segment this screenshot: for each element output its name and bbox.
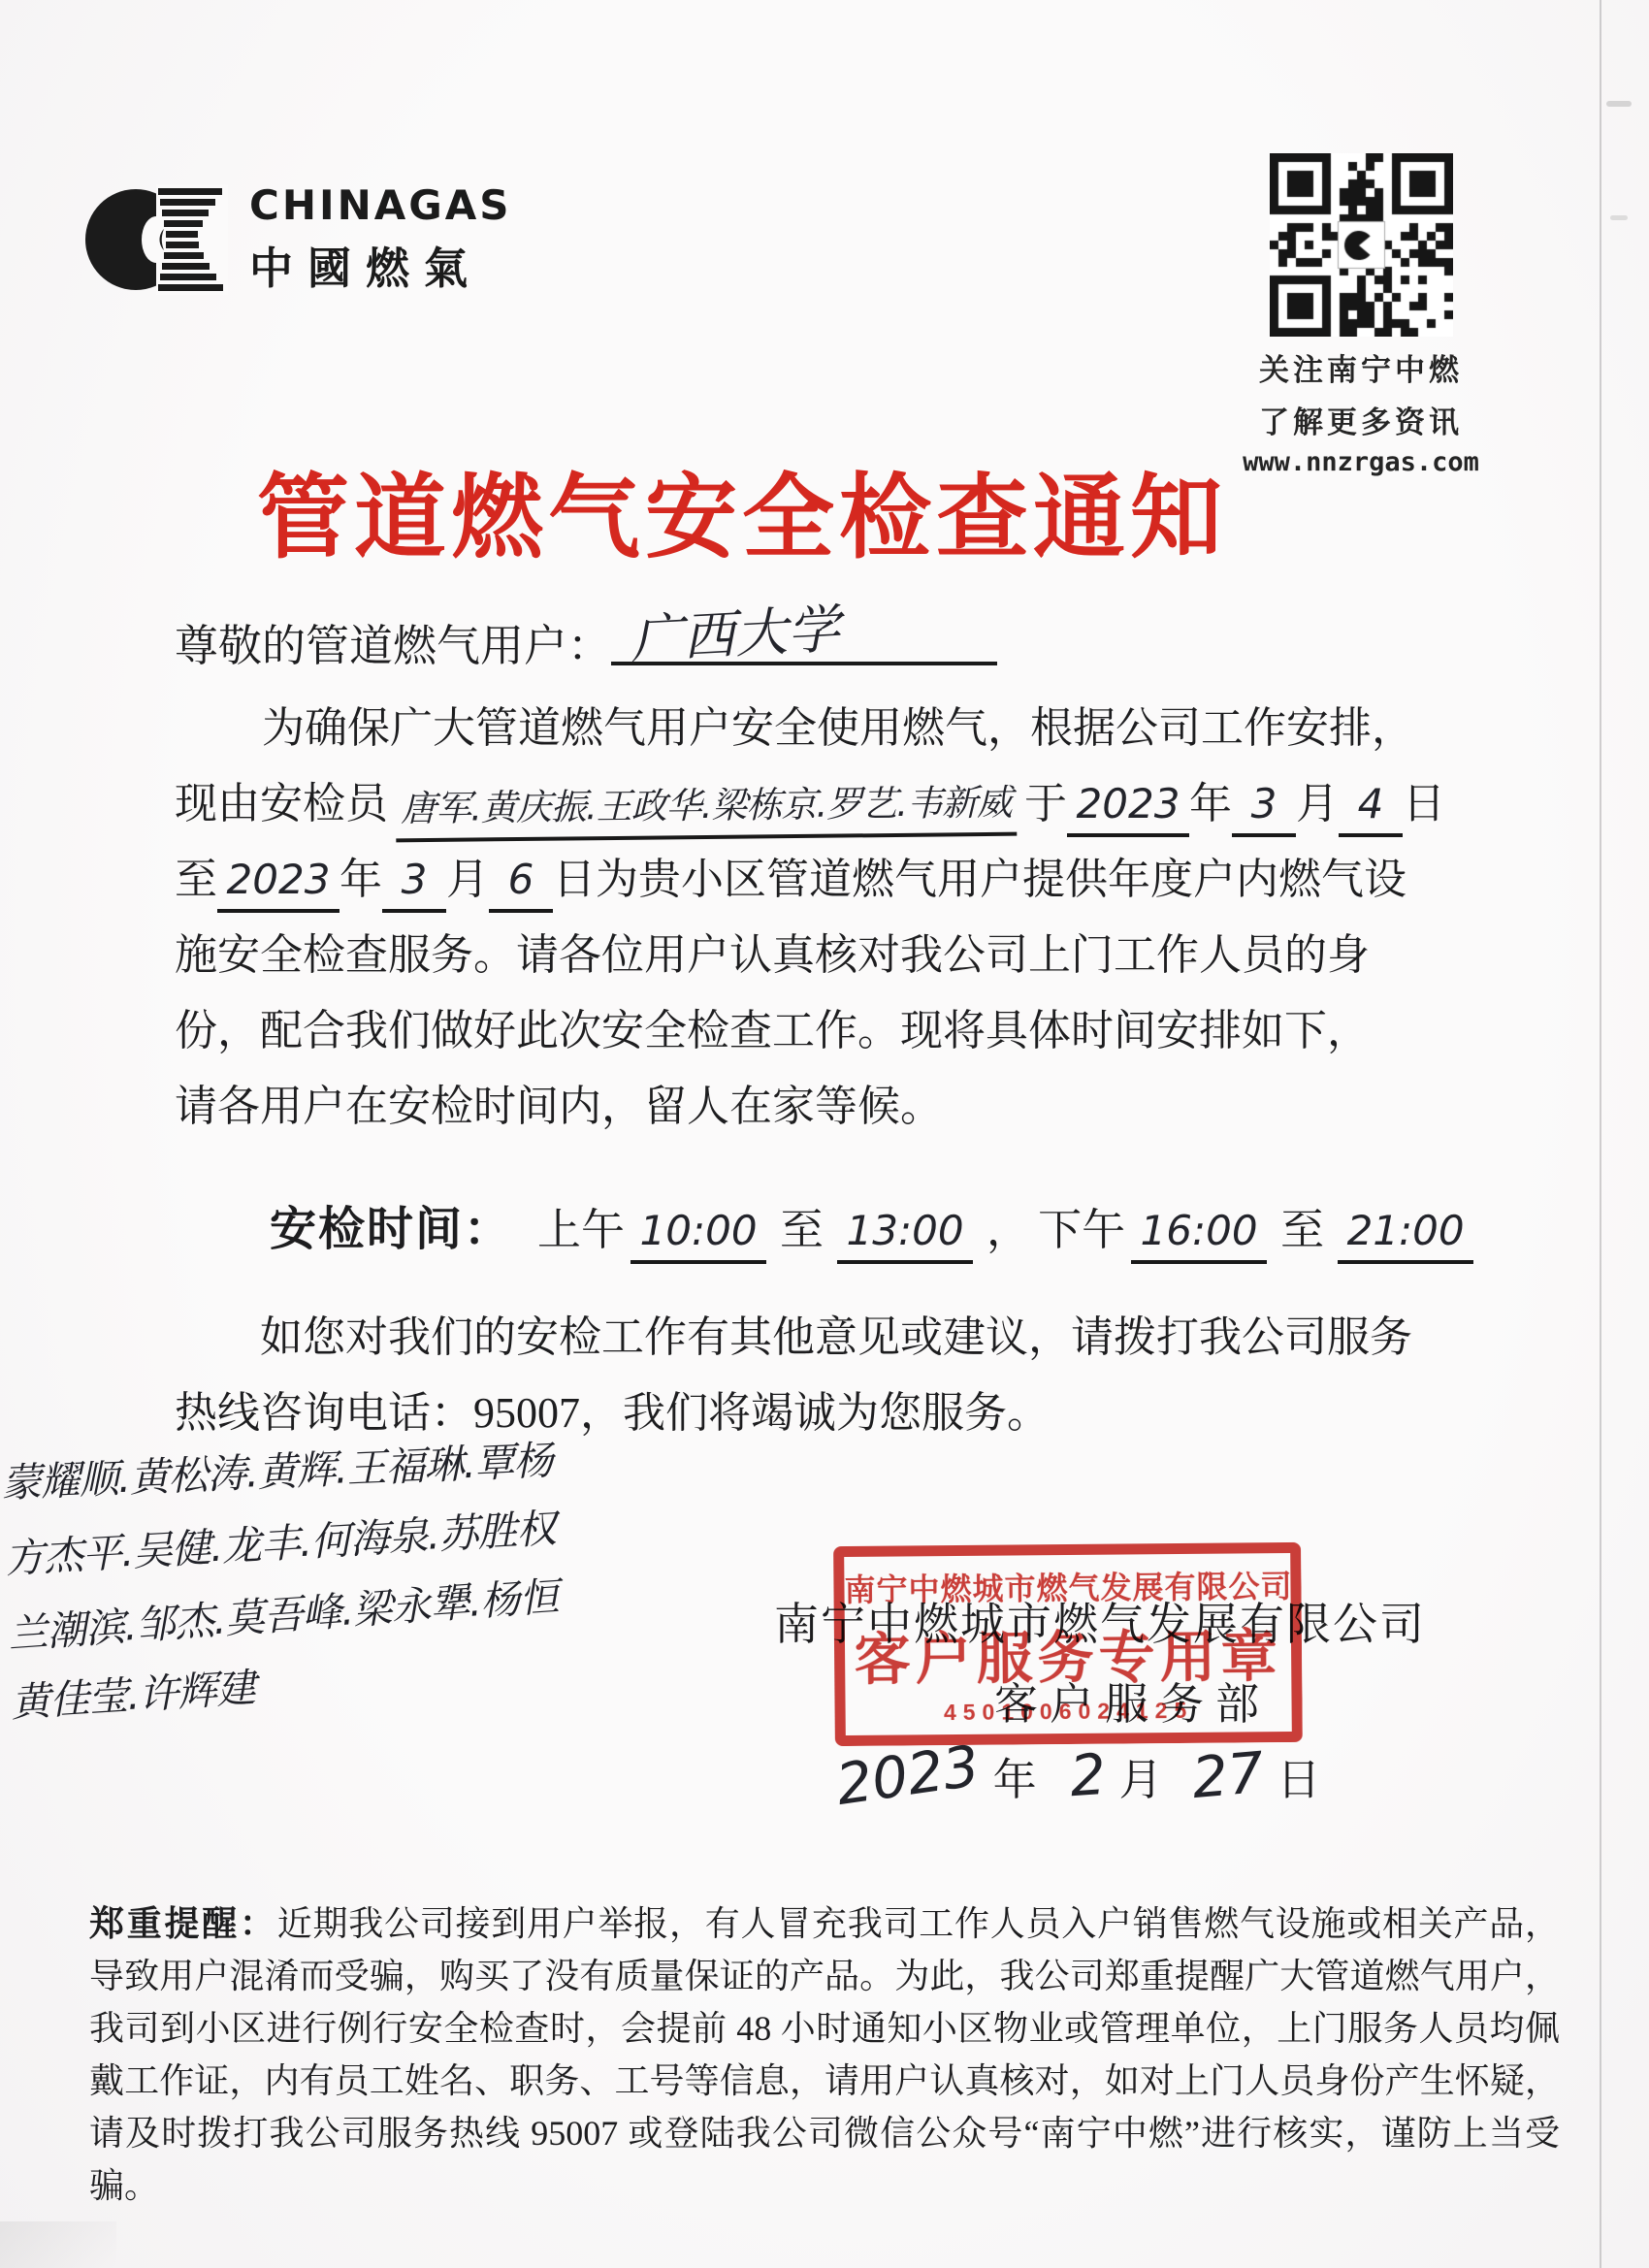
- am-end-time-handwritten: 13:00: [837, 1202, 973, 1264]
- scan-smudge: [1606, 101, 1632, 107]
- logo-wordmark-cn: 中國燃氣: [249, 233, 511, 296]
- body-line-inspectors: 现由安检员唐军.黄庆振.王政华.梁栋京.罗艺.韦新威于2023年3月4日: [175, 766, 1445, 842]
- scan-edge-artifact: [1600, 0, 1601, 2268]
- warning-label: 郑重提醒：: [89, 1904, 277, 1943]
- china-gas-logo: CHINAGAS 中國燃氣: [82, 180, 511, 297]
- am-label: 上午: [537, 1194, 625, 1257]
- issue-date-line: 2023 年 2 月 27 日: [836, 1742, 1320, 1808]
- to-text: 至: [780, 1194, 824, 1257]
- start-day-handwritten: 4: [1339, 775, 1403, 837]
- service-hotline-paragraph: 如您对我们的安检工作有其他意见或建议，请拨打我公司服务热线咨询电话：95007，…: [175, 1300, 1445, 1451]
- stamp-company-line: 南宁中燃城市燃气发展有限公司: [844, 1562, 1290, 1610]
- qr-code-image: [1270, 153, 1453, 337]
- end-day-handwritten: 6: [489, 851, 553, 913]
- inspector-names-handwritten: 唐军.黄庆振.王政华.梁栋京.罗艺.韦新威: [396, 774, 1018, 843]
- date-month-handwritten: 2: [1067, 1741, 1108, 1809]
- notice-title: 管道燃气安全检查通知: [165, 444, 1319, 576]
- comma: ，: [986, 1194, 1030, 1257]
- body-line: 份，配合我们做好此次安全检查工作。现将具体时间安排如下，: [175, 993, 1445, 1069]
- red-official-stamp: 南宁中燃城市燃气发展有限公司 客户服务专用章 4501006024125: [833, 1542, 1303, 1746]
- day-unit: 日: [1277, 1744, 1320, 1807]
- start-month-handwritten: 3: [1232, 775, 1296, 837]
- pm-label: 下午: [1038, 1194, 1125, 1257]
- schedule-label: 安检时间：: [270, 1191, 512, 1258]
- china-gas-logo-icon: [82, 180, 228, 297]
- month-unit: 月: [1119, 1744, 1163, 1807]
- fraud-warning-paragraph: 郑重提醒：近期我公司接到用户举报，有人冒充我司工作人员入户销售燃气设施或相关产品…: [89, 1897, 1560, 2212]
- wechat-qr-block: 关注南宁中燃 了解更多资讯 www.nnzrgas.com: [1234, 153, 1488, 477]
- until-text: 至: [175, 842, 217, 918]
- inspector-prefix: 现由安检员: [175, 766, 388, 842]
- inspection-time-line: 安检时间： 上午 10:00 至 13:00 ， 下午 16:00 至 21:0…: [270, 1191, 1479, 1264]
- notice-body: 为确保广大管道燃气用户安全使用燃气，根据公司工作安排， 现由安检员唐军.黄庆振.…: [175, 691, 1445, 1145]
- scanned-gas-inspection-notice: CHINAGAS 中國燃氣 关注南宁中燃 了解更多资讯 www.nnzrgas.…: [0, 0, 1649, 2268]
- logo-wordmark: CHINAGAS 中國燃氣: [249, 181, 511, 296]
- date-day-handwritten: 27: [1189, 1739, 1266, 1811]
- to-text: 至: [1280, 1194, 1324, 1257]
- year-unit: 年: [993, 1744, 1037, 1807]
- date-year-handwritten: 2023: [832, 1733, 984, 1818]
- mid-text: 于: [1024, 766, 1067, 842]
- pm-end-time-handwritten: 21:00: [1338, 1202, 1473, 1264]
- logo-wordmark-en: CHINAGAS: [249, 181, 511, 229]
- end-year-handwritten: 2023: [217, 851, 339, 913]
- month-unit: 月: [1296, 766, 1339, 842]
- am-start-time-handwritten: 10:00: [630, 1202, 766, 1264]
- qr-caption-line1: 关注南宁中燃: [1234, 345, 1488, 389]
- month-unit: 月: [446, 842, 489, 918]
- day-unit: 日: [1403, 766, 1445, 842]
- staff-signatures-handwritten: 蒙耀顺.黄松涛.黄辉.王福琳.覃杨 方杰平.吴健.龙丰.何海泉.苏胜权 兰潮滨.…: [0, 1419, 710, 1732]
- body-line: 请各用户在安检时间内，留人在家等候。: [175, 1069, 1445, 1145]
- scan-corner-shadow: [0, 2221, 116, 2268]
- stamp-serial-number: 4501006024125: [845, 1697, 1291, 1727]
- warning-text: 近期我公司接到用户举报，有人冒充我司工作人员入户销售燃气设施或相关产品，导致用户…: [89, 1904, 1560, 2205]
- customer-name-handwritten: 广西大学: [609, 588, 842, 674]
- qr-caption-line2: 了解更多资讯: [1234, 398, 1488, 441]
- salutation-line: 尊敬的管道燃气用户： 广西大学: [175, 601, 997, 673]
- stamp-seal-title: 客户服务专用章: [845, 1610, 1292, 1696]
- body-line-end-date: 至2023年3月6日为贵小区管道燃气用户提供年度户内燃气设: [175, 842, 1445, 918]
- body-line: 施安全检查服务。请各位用户认真核对我公司上门工作人员的身: [175, 918, 1445, 993]
- salutation-label: 尊敬的管道燃气用户：: [175, 610, 611, 673]
- scan-smudge: [1610, 215, 1628, 220]
- pm-start-time-handwritten: 16:00: [1131, 1202, 1267, 1264]
- body-line: 为确保广大管道燃气用户安全使用燃气，根据公司工作安排，: [175, 691, 1445, 766]
- year-unit: 年: [339, 842, 382, 918]
- end-month-handwritten: 3: [382, 851, 446, 913]
- body-line-rest: 日为贵小区管道燃气用户提供年度户内燃气设: [553, 842, 1406, 918]
- year-unit: 年: [1189, 766, 1232, 842]
- start-year-handwritten: 2023: [1067, 775, 1189, 837]
- salutation-blank-underline: 广西大学: [611, 601, 997, 665]
